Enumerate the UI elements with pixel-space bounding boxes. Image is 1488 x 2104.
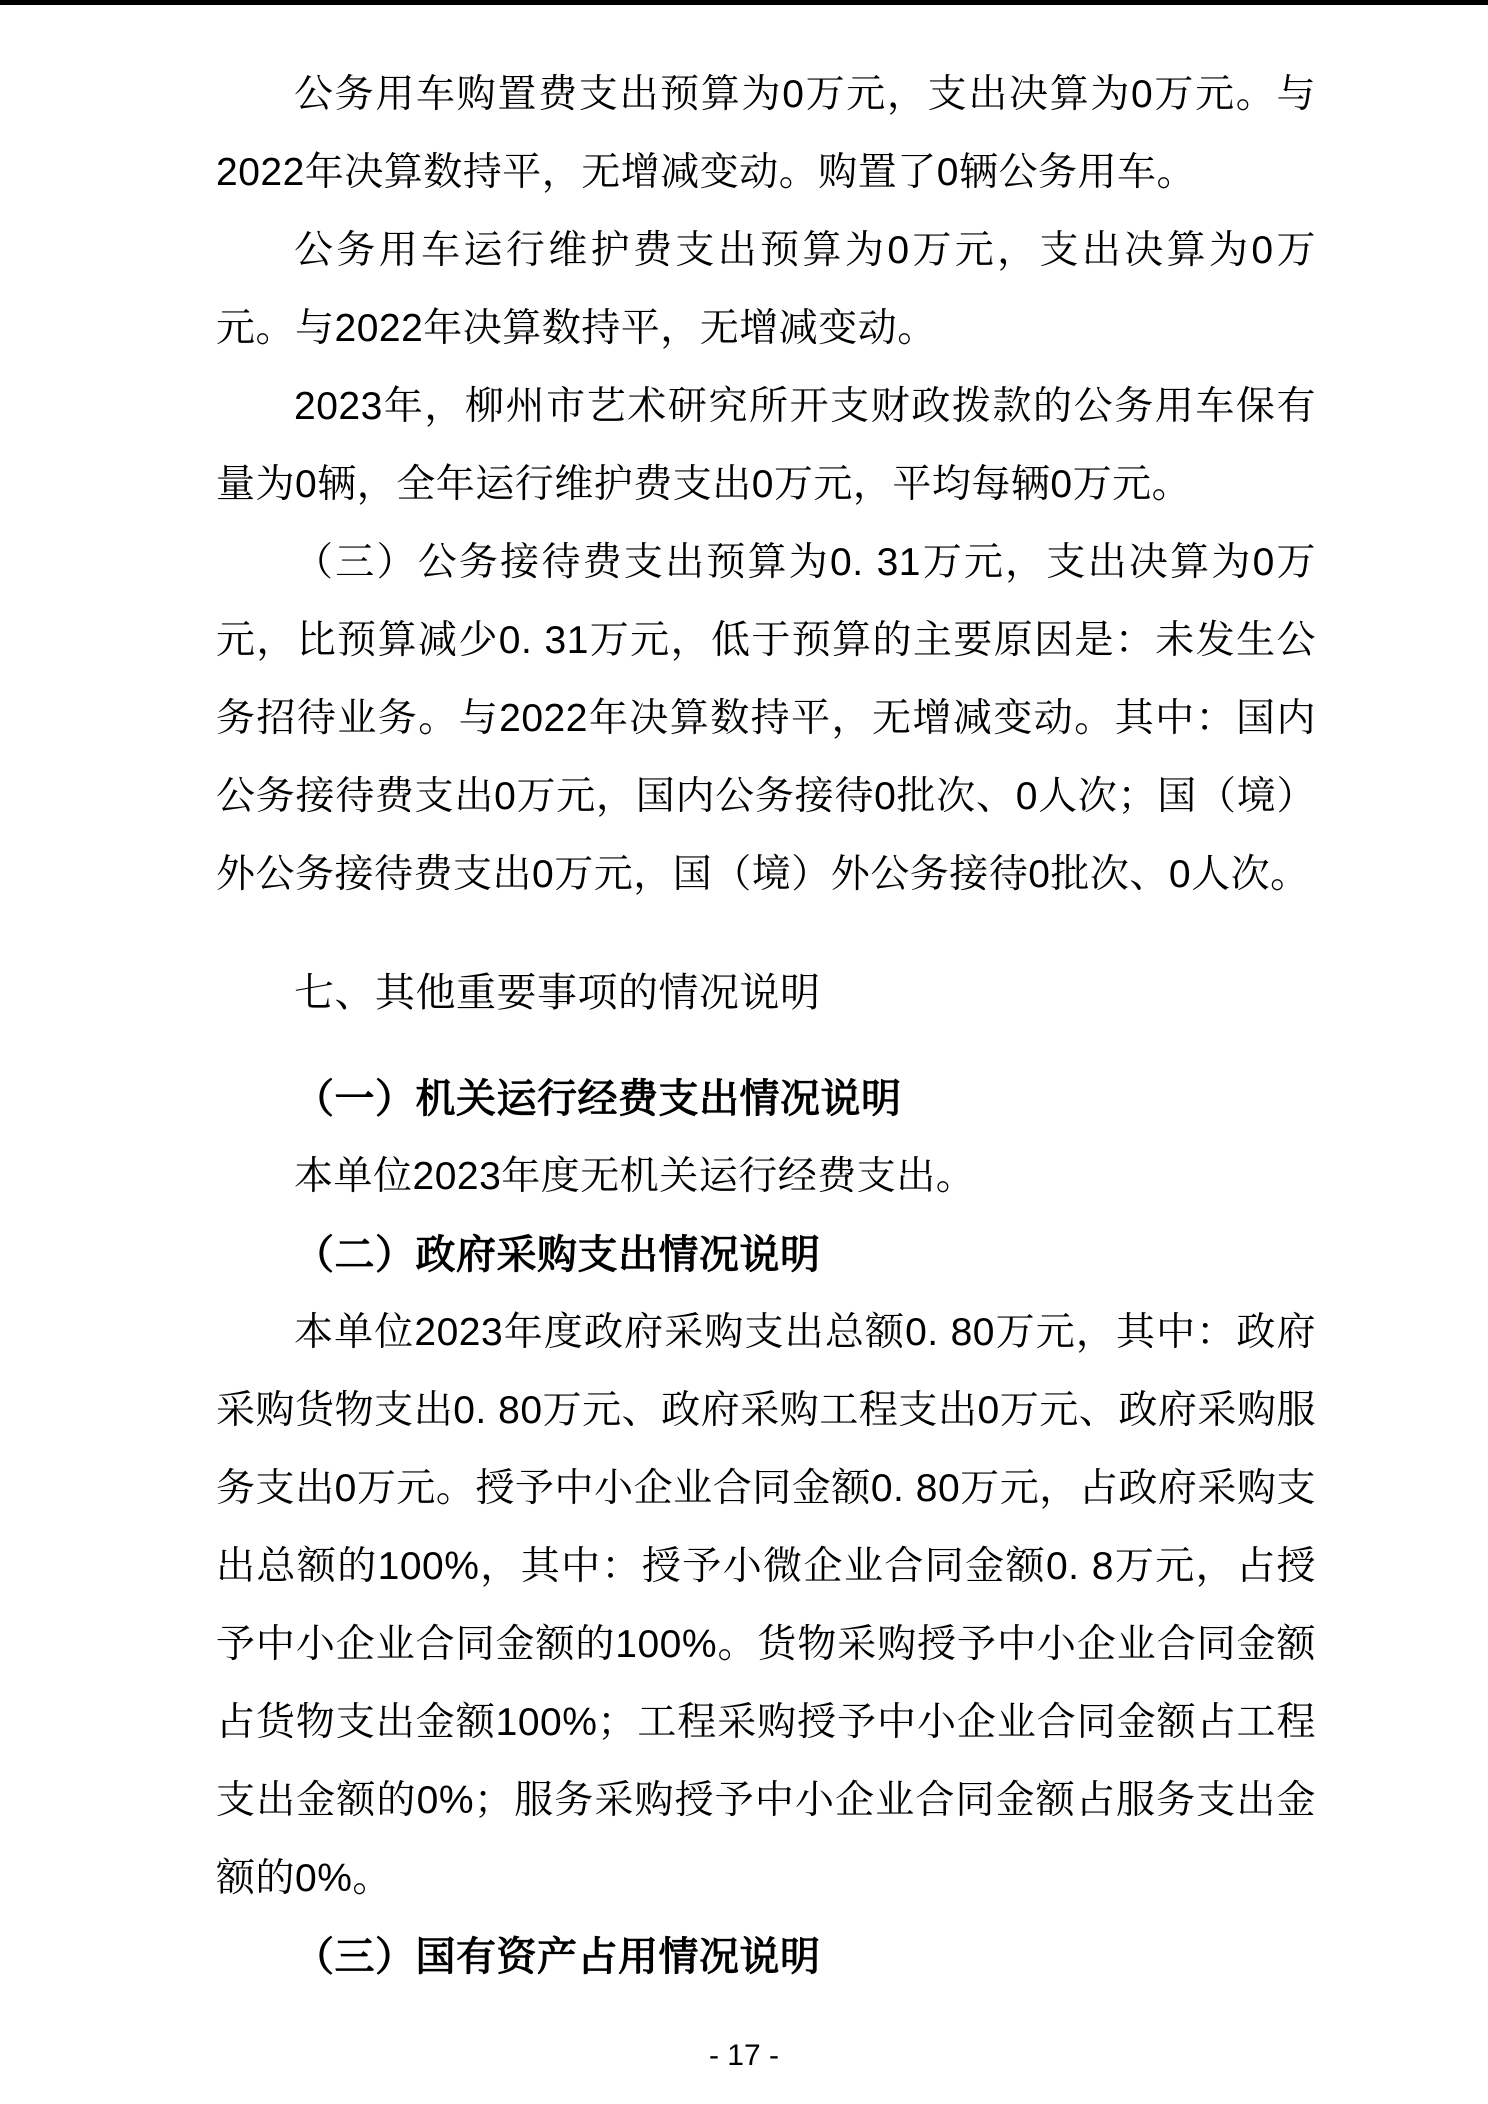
scan-edge-artifact (0, 0, 1488, 5)
subsection-heading-state-assets: （三）国有资产占用情况说明 (216, 1918, 1316, 1996)
section-heading-other-important-matters: 七、其他重要事项的情况说明 (216, 954, 1316, 1032)
document-body: 公务用车购置费支出预算为0万元，支出决算为0万元。与2022年决算数持平，无增减… (216, 56, 1316, 1996)
paragraph-vehicle-maintenance: 公务用车运行维护费支出预算为0万元，支出决算为0万元。与2022年决算数持平，无… (216, 212, 1316, 368)
paragraph-vehicle-purchase: 公务用车购置费支出预算为0万元，支出决算为0万元。与2022年决算数持平，无增减… (216, 56, 1316, 212)
paragraph-government-procurement: 本单位2023年度政府采购支出总额0. 80万元，其中：政府采购货物支出0. 8… (216, 1294, 1316, 1918)
document-page: 公务用车购置费支出预算为0万元，支出决算为0万元。与2022年决算数持平，无增减… (0, 0, 1488, 2104)
paragraph-vehicle-holdings: 2023年，柳州市艺术研究所开支财政拨款的公务用车保有量为0辆，全年运行维护费支… (216, 368, 1316, 524)
subsection-heading-government-procurement: （二）政府采购支出情况说明 (216, 1216, 1316, 1294)
paragraph-official-reception: （三）公务接待费支出预算为0. 31万元，支出决算为0万元，比预算减少0. 31… (216, 524, 1316, 914)
subsection-heading-operating-expenses: （一）机关运行经费支出情况说明 (216, 1060, 1316, 1138)
page-number: - 17 - (0, 2036, 1488, 2076)
paragraph-operating-expenses: 本单位2023年度无机关运行经费支出。 (216, 1138, 1316, 1216)
